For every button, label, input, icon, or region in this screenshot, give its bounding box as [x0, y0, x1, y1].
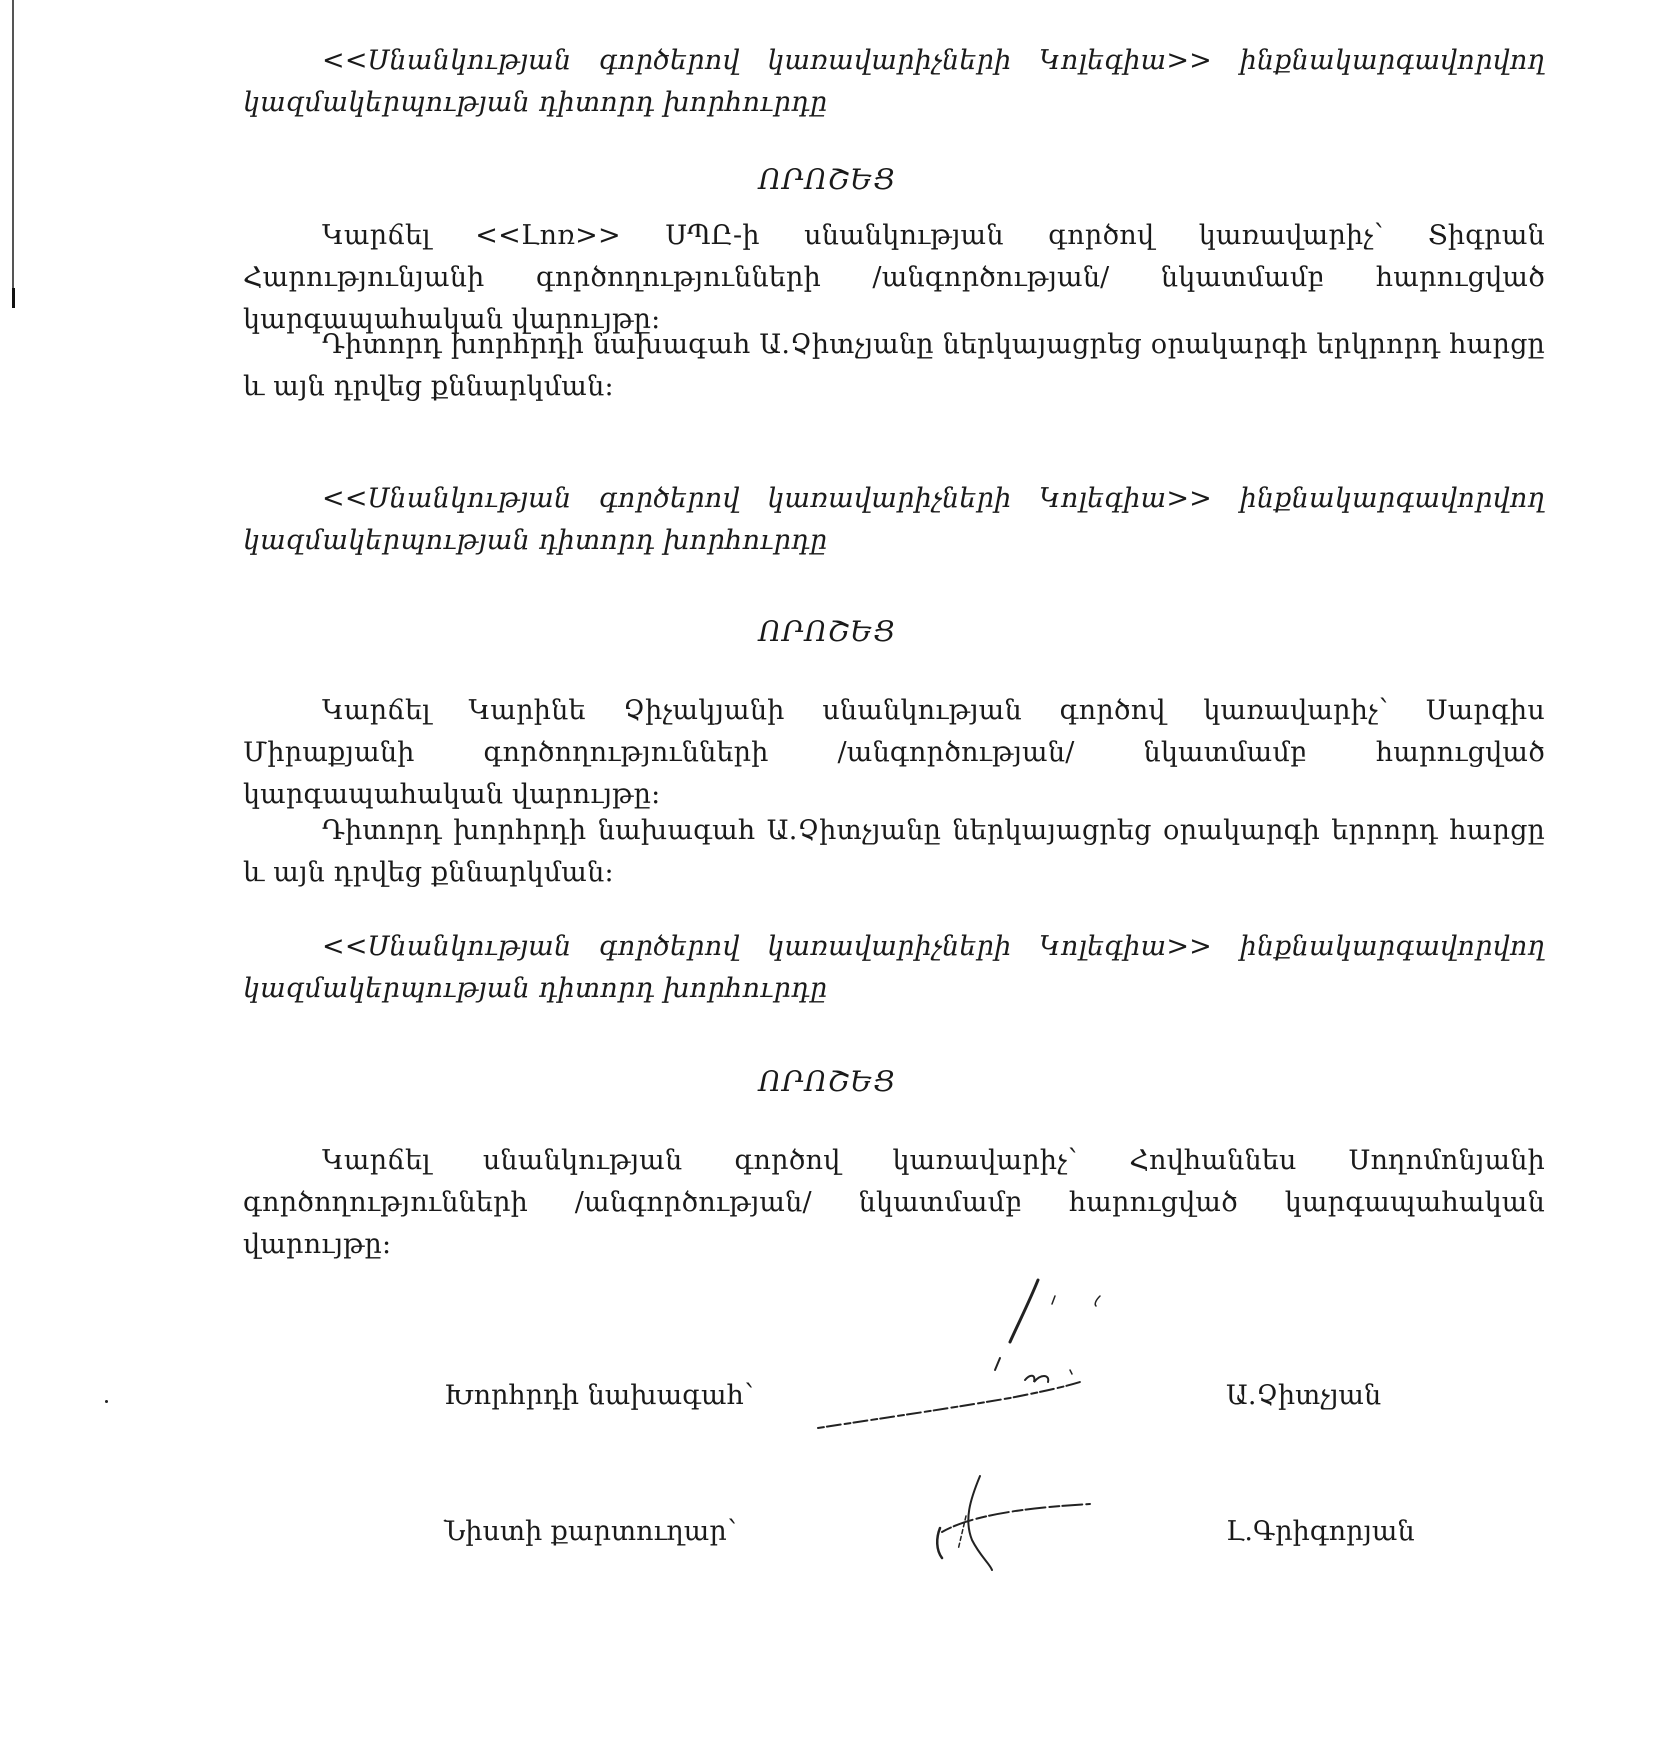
decision-heading-2: ՈՐՈՇԵՑ — [0, 612, 1654, 652]
scan-margin-line — [12, 0, 14, 300]
committee-title-3: <<Սնանկության գործերով կառավարիչների Կոլ… — [243, 926, 1545, 1010]
decision-text-3: Կարճել սնանկության գործով կառավարիչ՝ Հով… — [243, 1140, 1545, 1266]
signatory-name: Լ.Գրիգորյան — [1226, 1512, 1415, 1552]
committee-title-line2: կազմակերպության դիտորդ խորհուրդը — [243, 968, 1545, 1010]
committee-title-1: <<Սնանկության գործերով կառավարիչների Կոլ… — [243, 40, 1545, 124]
signatory-role: Նիստի քարտուղար՝ — [444, 1512, 737, 1552]
decision-text-1: Կարճել <<Լոռ>> ՍՊԸ-ի սնանկության գործով … — [243, 215, 1545, 341]
signatory-role: Խորհրդի նախագահ՝ — [444, 1376, 754, 1416]
decision-heading-3: ՈՐՈՇԵՑ — [0, 1062, 1654, 1102]
document-page: <<Սնանկության գործերով կառավարիչների Կոլ… — [0, 0, 1654, 1758]
agenda-intro-2: Դիտորդ խորհրդի նախագահ Ա.Չիտչյանը ներկայ… — [243, 324, 1545, 408]
committee-title-line1: <<Սնանկության գործերով կառավարիչների Կոլ… — [243, 40, 1545, 82]
agenda-intro-3: Դիտորդ խորհրդի նախագահ Ա.Չիտչյանը ներկայ… — [243, 810, 1545, 894]
scan-margin-mark — [12, 288, 15, 308]
secretary-signature-icon — [930, 1470, 1110, 1580]
committee-title-line1: <<Սնանկության գործերով կառավարիչների Կոլ… — [243, 926, 1545, 968]
signatory-name: Ա.Չիտչյան — [1226, 1376, 1381, 1416]
committee-title-line2: կազմակերպության դիտորդ խորհուրդը — [243, 82, 1545, 124]
decision-text-2: Կարճել Կարինե Չիչակյանի սնանկության գործ… — [243, 690, 1545, 816]
signature-row-secretary: Նիստի քարտուղար՝ Լ.Գրիգորյան — [0, 1512, 1654, 1572]
chairman-signature-icon — [810, 1270, 1210, 1440]
committee-title-line2: կազմակերպության դիտորդ խորհուրդը — [243, 520, 1545, 562]
committee-title-line1: <<Սնանկության գործերով կառավարիչների Կոլ… — [243, 478, 1545, 520]
committee-title-2: <<Սնանկության գործերով կառավարիչների Կոլ… — [243, 478, 1545, 562]
decision-heading-1: ՈՐՈՇԵՑ — [0, 160, 1654, 200]
